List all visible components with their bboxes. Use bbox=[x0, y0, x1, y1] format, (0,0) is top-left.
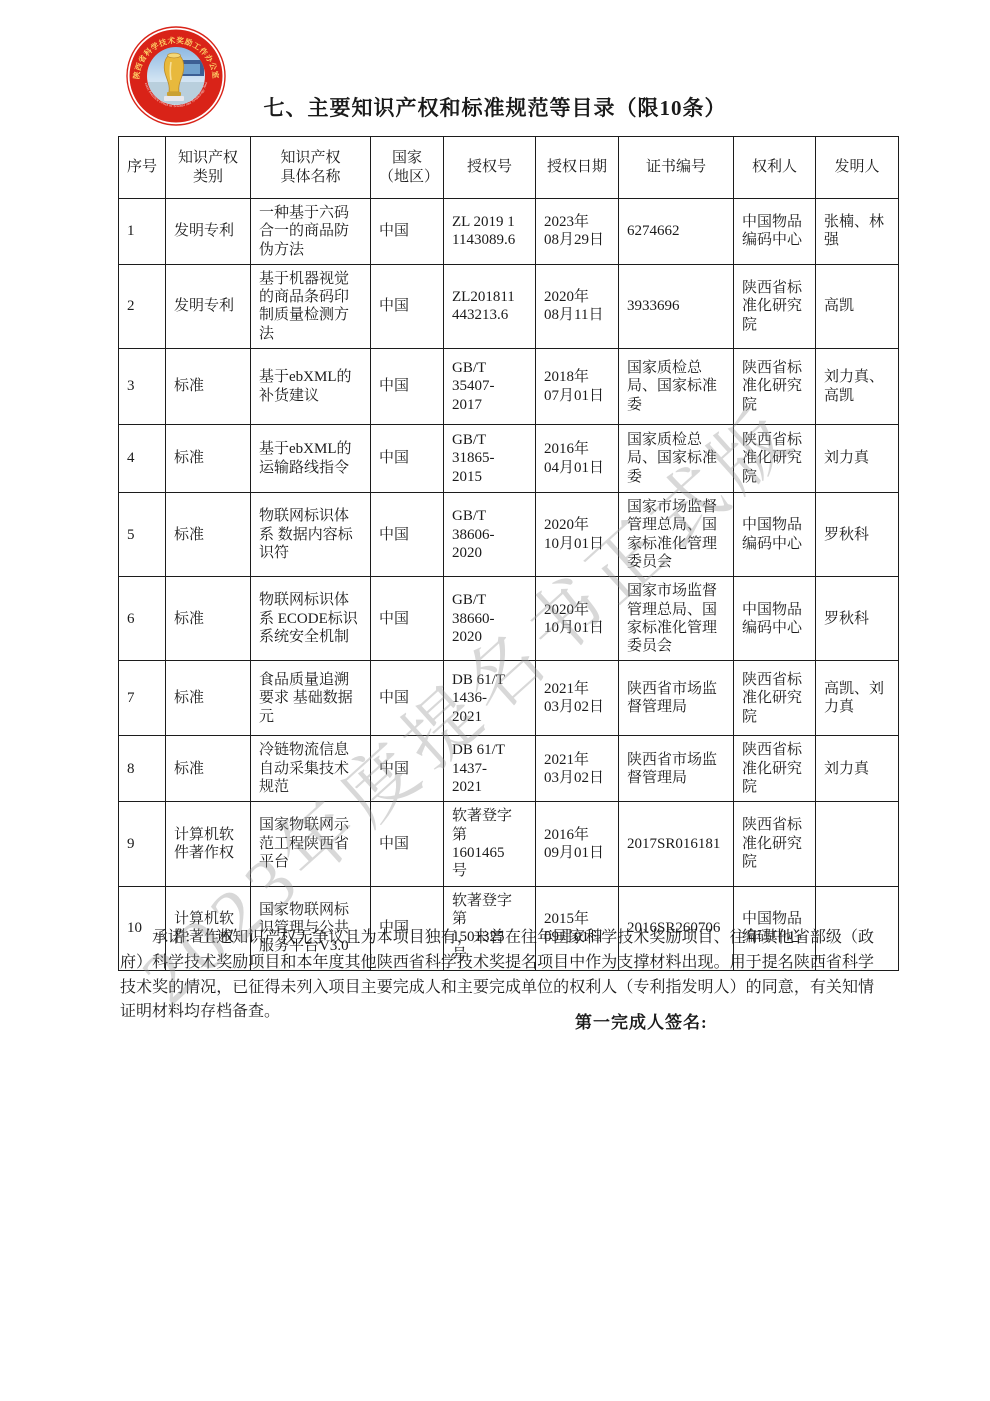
table-row: 7标准食品质量追溯要求 基础数据元中国DB 61/T 1436- 2021202… bbox=[119, 661, 899, 736]
table-cell: 物联网标识体系 ECODE标识系统安全机制 bbox=[251, 577, 371, 661]
table-cell: 陕西省市场监督管理局 bbox=[619, 661, 734, 736]
table-cell: 陕西省标准化研究院 bbox=[734, 736, 816, 802]
table-cell: 2017SR016181 bbox=[619, 802, 734, 886]
table-cell: 中国 bbox=[371, 425, 444, 493]
table-cell: 高凯 bbox=[816, 264, 899, 348]
ip-standards-table: 序号知识产权 类别知识产权 具体名称国家 （地区）授权号授权日期证书编号权利人发… bbox=[118, 136, 899, 971]
table-cell: 冷链物流信息自动采集技术规范 bbox=[251, 736, 371, 802]
table-row: 6标准物联网标识体系 ECODE标识系统安全机制中国GB/T 38660- 20… bbox=[119, 577, 899, 661]
table-cell: 高凯、刘力真 bbox=[816, 661, 899, 736]
table-header-cell: 知识产权 具体名称 bbox=[251, 137, 371, 199]
table-cell: 2 bbox=[119, 264, 166, 348]
table-cell: DB 61/T 1437- 2021 bbox=[444, 736, 536, 802]
table-cell: 标准 bbox=[166, 577, 251, 661]
table-cell: 7 bbox=[119, 661, 166, 736]
table-cell: 2016年 09月01日 bbox=[536, 802, 619, 886]
table-cell: 国家质检总局、国家标准委 bbox=[619, 425, 734, 493]
table-cell: 标准 bbox=[166, 661, 251, 736]
table-cell: ZL201811 443213.6 bbox=[444, 264, 536, 348]
table-cell: 国家市场监督管理总局、国家标准化管理委员会 bbox=[619, 493, 734, 577]
table-cell: 标准 bbox=[166, 736, 251, 802]
table-cell: 2016年 04月01日 bbox=[536, 425, 619, 493]
table-cell: GB/T 35407- 2017 bbox=[444, 349, 536, 425]
table-cell: 3 bbox=[119, 349, 166, 425]
table-cell: 张楠、林强 bbox=[816, 199, 899, 265]
table-cell: 陕西省标准化研究院 bbox=[734, 802, 816, 886]
table-cell: GB/T 31865- 2015 bbox=[444, 425, 536, 493]
table-cell: 发明专利 bbox=[166, 264, 251, 348]
table-cell: 5 bbox=[119, 493, 166, 577]
table-cell: 1 bbox=[119, 199, 166, 265]
table-header-cell: 知识产权 类别 bbox=[166, 137, 251, 199]
table-cell: 2020年 08月11日 bbox=[536, 264, 619, 348]
table-cell: GB/T 38606- 2020 bbox=[444, 493, 536, 577]
table-cell: 中国 bbox=[371, 349, 444, 425]
table-cell: 陕西省标准化研究院 bbox=[734, 661, 816, 736]
table-cell: DB 61/T 1436- 2021 bbox=[444, 661, 536, 736]
table-row: 8标准冷链物流信息自动采集技术规范中国DB 61/T 1437- 2021202… bbox=[119, 736, 899, 802]
table-cell: 食品质量追溯要求 基础数据元 bbox=[251, 661, 371, 736]
table-cell: 基于ebXML的补货建议 bbox=[251, 349, 371, 425]
table-header-cell: 授权日期 bbox=[536, 137, 619, 199]
table-cell: 中国物品编码中心 bbox=[734, 199, 816, 265]
table-cell: 2020年 10月01日 bbox=[536, 577, 619, 661]
table-cell: 6 bbox=[119, 577, 166, 661]
table-cell: 基于ebXML的运输路线指令 bbox=[251, 425, 371, 493]
table-row: 5标准物联网标识体系 数据内容标识符中国GB/T 38606- 20202020… bbox=[119, 493, 899, 577]
table-cell: 罗秋科 bbox=[816, 493, 899, 577]
table-cell: 中国 bbox=[371, 264, 444, 348]
table-cell: 标准 bbox=[166, 493, 251, 577]
table-cell bbox=[816, 802, 899, 886]
table-cell: 国家物联网示范工程陕西省平台 bbox=[251, 802, 371, 886]
table-cell: 陕西省市场监督管理局 bbox=[619, 736, 734, 802]
table-cell: 3933696 bbox=[619, 264, 734, 348]
table-cell: 基于机器视觉的商品条码印制质量检测方法 bbox=[251, 264, 371, 348]
table-cell: 陕西省标准化研究院 bbox=[734, 264, 816, 348]
table-cell: 2021年 03月02日 bbox=[536, 661, 619, 736]
table-cell: 2023年 08月29日 bbox=[536, 199, 619, 265]
table-cell: 标准 bbox=[166, 425, 251, 493]
document-page: { "page": { "title": "七、主要知识产权和标准规范等目录（限… bbox=[0, 0, 990, 1401]
page-title: 七、主要知识产权和标准规范等目录（限10条） bbox=[0, 92, 990, 122]
table-cell: 2018年 07月01日 bbox=[536, 349, 619, 425]
table-cell: 6274662 bbox=[619, 199, 734, 265]
table-cell: 中国物品编码中心 bbox=[734, 493, 816, 577]
table-header-row: 序号知识产权 类别知识产权 具体名称国家 （地区）授权号授权日期证书编号权利人发… bbox=[119, 137, 899, 199]
table-cell: 刘力真、高凯 bbox=[816, 349, 899, 425]
table-cell: 中国 bbox=[371, 661, 444, 736]
table-cell: 发明专利 bbox=[166, 199, 251, 265]
table-cell: 中国 bbox=[371, 736, 444, 802]
table-cell: 软著登字 第 1601465 号 bbox=[444, 802, 536, 886]
table-header-cell: 国家 （地区） bbox=[371, 137, 444, 199]
table-cell: 刘力真 bbox=[816, 736, 899, 802]
signature-label: 第一完成人签名: bbox=[575, 1008, 708, 1033]
table-cell: 中国物品编码中心 bbox=[734, 577, 816, 661]
table-row: 3标准基于ebXML的补货建议中国GB/T 35407- 20172018年 0… bbox=[119, 349, 899, 425]
table-cell: 4 bbox=[119, 425, 166, 493]
table-cell: 2021年 03月02日 bbox=[536, 736, 619, 802]
table-cell: 8 bbox=[119, 736, 166, 802]
table-cell: 标准 bbox=[166, 349, 251, 425]
table-cell: 物联网标识体系 数据内容标识符 bbox=[251, 493, 371, 577]
table-cell: GB/T 38660- 2020 bbox=[444, 577, 536, 661]
table-cell: 国家市场监督管理总局、国家标准化管理委员会 bbox=[619, 577, 734, 661]
table-cell: 罗秋科 bbox=[816, 577, 899, 661]
table-cell: 中国 bbox=[371, 493, 444, 577]
table-header-cell: 权利人 bbox=[734, 137, 816, 199]
table-cell: 2020年 10月01日 bbox=[536, 493, 619, 577]
table-header-cell: 证书编号 bbox=[619, 137, 734, 199]
table-row: 1发明专利一种基于六码合一的商品防伪方法中国ZL 2019 1 1143089.… bbox=[119, 199, 899, 265]
table-row: 9计算机软件著作权国家物联网示范工程陕西省平台中国软著登字 第 1601465 … bbox=[119, 802, 899, 886]
table-cell: 9 bbox=[119, 802, 166, 886]
table-cell: 国家质检总局、国家标准委 bbox=[619, 349, 734, 425]
commitment-paragraph: 承诺：上述知识产权无争议且为本项目独有，未曾在往年国家科学技术奖励项目、往年其他… bbox=[120, 926, 874, 1025]
table-cell: 中国 bbox=[371, 199, 444, 265]
table-cell: 陕西省标准化研究院 bbox=[734, 425, 816, 493]
table-cell: 一种基于六码合一的商品防伪方法 bbox=[251, 199, 371, 265]
table-cell: 刘力真 bbox=[816, 425, 899, 493]
table-cell: ZL 2019 1 1143089.6 bbox=[444, 199, 536, 265]
table-cell: 中国 bbox=[371, 577, 444, 661]
table-header-cell: 授权号 bbox=[444, 137, 536, 199]
table-row: 2发明专利基于机器视觉的商品条码印制质量检测方法中国ZL201811 44321… bbox=[119, 264, 899, 348]
table-cell: 计算机软件著作权 bbox=[166, 802, 251, 886]
table-cell: 陕西省标准化研究院 bbox=[734, 349, 816, 425]
table-row: 4标准基于ebXML的运输路线指令中国GB/T 31865- 20152016年… bbox=[119, 425, 899, 493]
table-cell: 中国 bbox=[371, 802, 444, 886]
table-header-cell: 发明人 bbox=[816, 137, 899, 199]
table-header-cell: 序号 bbox=[119, 137, 166, 199]
